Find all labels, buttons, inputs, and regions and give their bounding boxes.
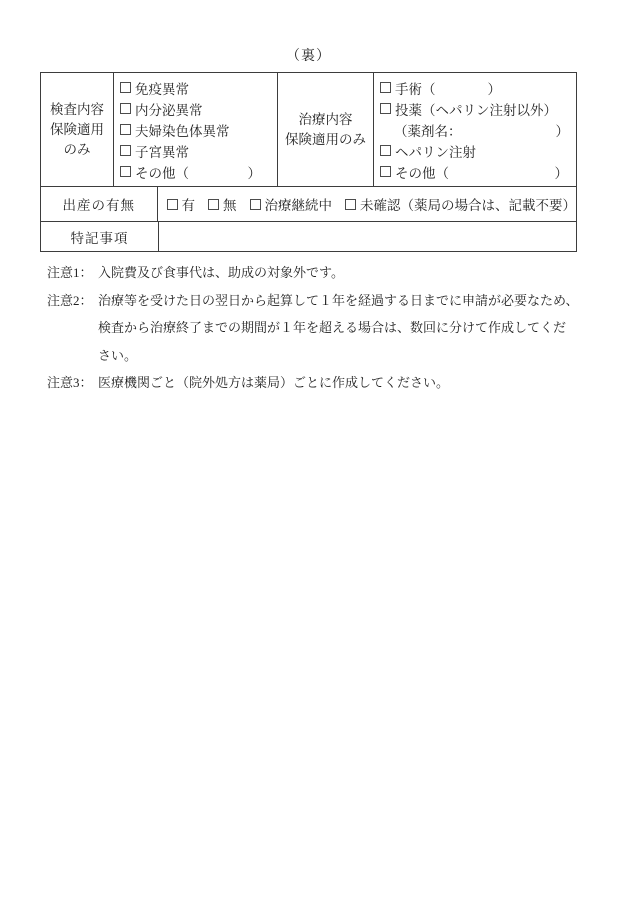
page-side-label: （裏） (40, 49, 577, 65)
treatment-item-medication: 投薬（ヘパリン注射以外） (380, 98, 576, 119)
note-line: 医療機関ごと（院外処方は薬局）ごとに作成してください。 (98, 369, 587, 397)
birth-option-label: 治療継続中 (265, 194, 333, 214)
treatment-item-other: その他（ ） (380, 161, 576, 182)
checkbox-uterine-disorder (120, 145, 131, 156)
birth-option-yes: 有 (167, 194, 196, 214)
remarks-value-cell (159, 222, 576, 251)
birth-option-no: 無 (208, 194, 237, 214)
exam-header-cell: 検査内容 保険適用 のみ (41, 73, 114, 186)
treatment-item-drug-name: （薬剤名： ） (380, 119, 576, 140)
treatment-header-cell: 治療内容 保険適用のみ (278, 73, 374, 186)
treatment-item-label: 手術（ (395, 78, 436, 98)
exam-item-label: 夫婦染色体異常 (135, 120, 230, 140)
exam-item-endocrine: 内分泌異常 (120, 98, 277, 119)
treatment-item-surgery: 手術（ ） (380, 77, 576, 98)
birth-option-unconfirmed: 未確認（薬局の場合は、記載不要） (345, 194, 576, 214)
note-line: さい。 (98, 342, 587, 370)
exam-item-label: 内分泌異常 (135, 99, 203, 119)
checkbox-endocrine-disorder (120, 103, 131, 114)
treatment-items-cell: 手術（ ） 投薬（ヘパリン注射以外） （薬剤名： ） ヘパリン注射 そ (374, 73, 576, 186)
exam-other-close-paren: ） (248, 162, 262, 182)
exam-items-cell: 免疫異常 内分泌異常 夫婦染色体異常 子宮異常 その他（ ） (114, 73, 278, 186)
exam-item-label: 子宮異常 (135, 141, 189, 161)
treatment-item-label: 投薬（ヘパリン注射以外） (395, 99, 557, 119)
exam-header-line: 保険適用 (50, 120, 104, 140)
exam-item-uterine: 子宮異常 (120, 140, 277, 161)
exam-item-label: その他（ (135, 162, 189, 182)
note-2-label: 注意2： (47, 287, 98, 315)
checkbox-medication (380, 103, 391, 114)
document-page: （裏） 検査内容 保険適用 のみ 免疫異常 内分泌異常 夫婦 (0, 0, 630, 903)
birth-header-cell: 出産の有無 (41, 187, 158, 221)
checkbox-birth-no (208, 199, 219, 210)
checkbox-surgery (380, 82, 391, 93)
note-1: 注意1： 入院費及び食事代は、助成の対象外です。 (47, 259, 587, 287)
remarks-header-cell: 特記事項 (41, 222, 159, 251)
exam-item-immune: 免疫異常 (120, 77, 277, 98)
checkbox-birth-yes (167, 199, 178, 210)
note-3: 注意3： 医療機関ごと（院外処方は薬局）ごとに作成してください。 (47, 369, 587, 397)
checkbox-treatment-ongoing (250, 199, 261, 210)
table-row-exam-treatment: 検査内容 保険適用 のみ 免疫異常 内分泌異常 夫婦染色体異常 (41, 73, 576, 187)
exam-header-line: のみ (64, 140, 91, 160)
note-line: 検査から治療終了までの期間が１年を超える場合は、数回に分けて作成してくだ (98, 314, 587, 342)
exam-item-other: その他（ ） (120, 161, 277, 182)
checkbox-heparin-injection (380, 145, 391, 156)
note-line: 入院費及び食事代は、助成の対象外です。 (98, 259, 587, 287)
surgery-close-paren: ） (488, 78, 502, 98)
birth-option-label: 有 (182, 194, 196, 214)
checkbox-couple-chromosome-disorder (120, 124, 131, 135)
note-3-body: 医療機関ごと（院外処方は薬局）ごとに作成してください。 (98, 369, 587, 397)
treatment-item-heparin: ヘパリン注射 (380, 140, 576, 161)
note-1-body: 入院費及び食事代は、助成の対象外です。 (98, 259, 587, 287)
treatment-item-label: その他（ (395, 162, 449, 182)
treatment-header-line: 保険適用のみ (285, 130, 366, 150)
exam-item-label: 免疫異常 (135, 78, 189, 98)
table-row-remarks: 特記事項 (41, 222, 576, 251)
exam-header-line: 検査内容 (50, 100, 104, 120)
treatment-item-label: ヘパリン注射 (395, 141, 476, 161)
treatment-other-close-paren: ） (555, 162, 569, 182)
note-1-label: 注意1： (47, 259, 98, 287)
birth-option-ongoing: 治療継続中 (250, 194, 333, 214)
notes-section: 注意1： 入院費及び食事代は、助成の対象外です。 注意2： 治療等を受けた日の翌… (47, 259, 587, 397)
drug-name-close-paren: ） (556, 120, 570, 140)
checkbox-treatment-other (380, 166, 391, 177)
treatment-item-label: （薬剤名： (394, 120, 462, 140)
checkbox-exam-other (120, 166, 131, 177)
treatment-header-line: 治療内容 (299, 110, 353, 130)
note-line: 治療等を受けた日の翌日から起算して１年を経過する日までに申請が必要なため、 (98, 287, 587, 315)
table-row-birth: 出産の有無 有 無 治療継続中 未確認（薬局の場合は、記載不要） (41, 187, 576, 222)
exam-item-chromosome: 夫婦染色体異常 (120, 119, 277, 140)
form-table: 検査内容 保険適用 のみ 免疫異常 内分泌異常 夫婦染色体異常 (40, 72, 577, 252)
note-3-label: 注意3： (47, 369, 98, 397)
note-2: 注意2： 治療等を受けた日の翌日から起算して１年を経過する日までに申請が必要なた… (47, 287, 587, 370)
birth-options-cell: 有 無 治療継続中 未確認（薬局の場合は、記載不要） (158, 187, 577, 221)
note-2-body: 治療等を受けた日の翌日から起算して１年を経過する日までに申請が必要なため、 検査… (98, 287, 587, 370)
checkbox-immune-disorder (120, 82, 131, 93)
birth-option-label: 未確認（薬局の場合は、記載不要） (360, 194, 576, 214)
birth-option-label: 無 (223, 194, 237, 214)
checkbox-unconfirmed (345, 199, 356, 210)
